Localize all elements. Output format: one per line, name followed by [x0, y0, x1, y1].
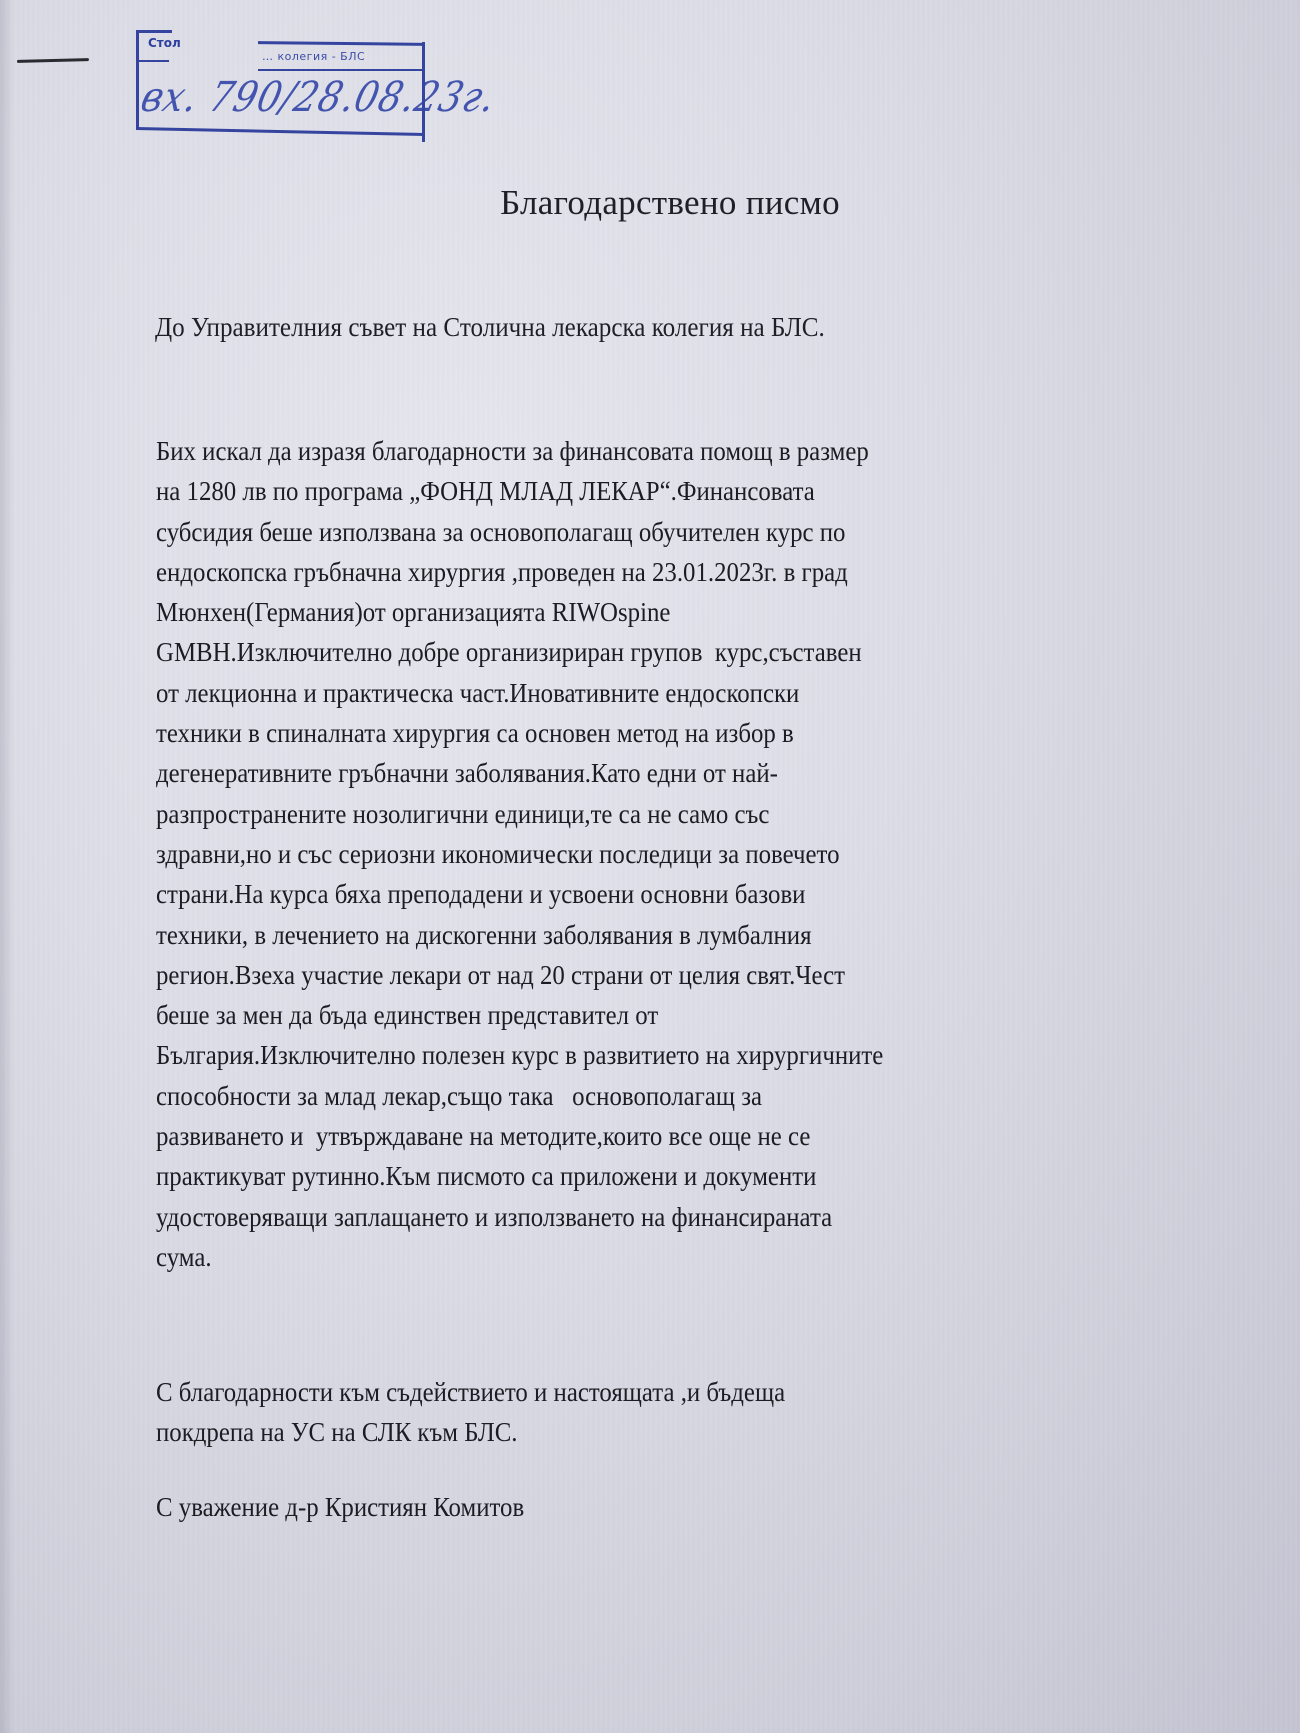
- body-line: ендоскопска гръбначна хирургия ,проведен…: [156, 552, 1131, 592]
- closing-line: покдрепа на УС на СЛК към БЛС.: [156, 1412, 785, 1452]
- stamp-org-label-left: Стол: [148, 36, 181, 50]
- stamp-frame-inner: [139, 60, 169, 62]
- body-line: разпространените нозолигични единици,те …: [156, 794, 1131, 834]
- letter-signature: С уважение д-р Кристиян Комитов: [156, 1492, 524, 1523]
- stamp-org-label-right: … колегия - БЛС: [262, 50, 365, 63]
- body-line: дегенеративните гръбначни заболявания.Ка…: [156, 753, 1131, 793]
- stamp-frame-top-right: [258, 41, 424, 46]
- body-line: техники в спиналната хирургия са основен…: [156, 713, 1131, 753]
- body-line: от лекционна и практическа част.Иноватив…: [156, 673, 1131, 713]
- letter-body: Бих искал да изразя благодарности за фин…: [156, 431, 1216, 1277]
- body-line: здравни,но и със сериозни икономически п…: [156, 834, 1131, 874]
- body-line: способности за млад лекар,също така осно…: [156, 1076, 1131, 1116]
- body-line: сума.: [156, 1237, 1131, 1277]
- body-line: на 1280 лв по програма „ФОНД МЛАД ЛЕКАР“…: [156, 471, 1131, 511]
- letter-addressee: До Управителния съвет на Столична лекарс…: [155, 312, 825, 343]
- body-line: GMBH.Изключително добре организириран гр…: [156, 632, 1131, 672]
- stamp-frame-top-left: [136, 30, 172, 33]
- letter-title: Благодарствено писмо: [0, 183, 1300, 223]
- body-line: удостоверяващи заплащането и използванет…: [156, 1197, 1131, 1237]
- letter-closing: С благодарности към съдействието и насто…: [156, 1372, 840, 1452]
- closing-line: С благодарности към съдействието и насто…: [156, 1372, 785, 1412]
- body-line: България.Изключително полезен курс в раз…: [156, 1035, 1131, 1075]
- registration-stamp: Стол … колегия - БЛС вх. 790/28.08.23г.: [136, 30, 426, 142]
- pen-dash-mark: [17, 58, 89, 63]
- body-line: Мюнхен(Германия)от организацията RIWOspi…: [156, 592, 1131, 632]
- body-line: регион.Взеха участие лекари от над 20 ст…: [156, 955, 1131, 995]
- stamp-frame-divider: [258, 69, 424, 71]
- stamp-registration-handwritten: вх. 790/28.08.23г.: [136, 74, 501, 121]
- body-line: техники, в лечението на дискогенни забол…: [156, 915, 1131, 955]
- paper-edge-shadow: [0, 0, 14, 1733]
- body-line: практикуват рутинно.Към писмото са прило…: [156, 1156, 1131, 1196]
- body-line: Бих искал да изразя благодарности за фин…: [156, 431, 1131, 471]
- body-line: беше за мен да бъда единствен представит…: [156, 995, 1131, 1035]
- body-line: развиването и утвърждаване на методите,к…: [156, 1116, 1131, 1156]
- body-line: страни.На курса бяха преподадени и усвое…: [156, 874, 1131, 914]
- stamp-frame-bottom: [136, 127, 425, 136]
- body-line: субсидия беше използвана за основополага…: [156, 512, 1131, 552]
